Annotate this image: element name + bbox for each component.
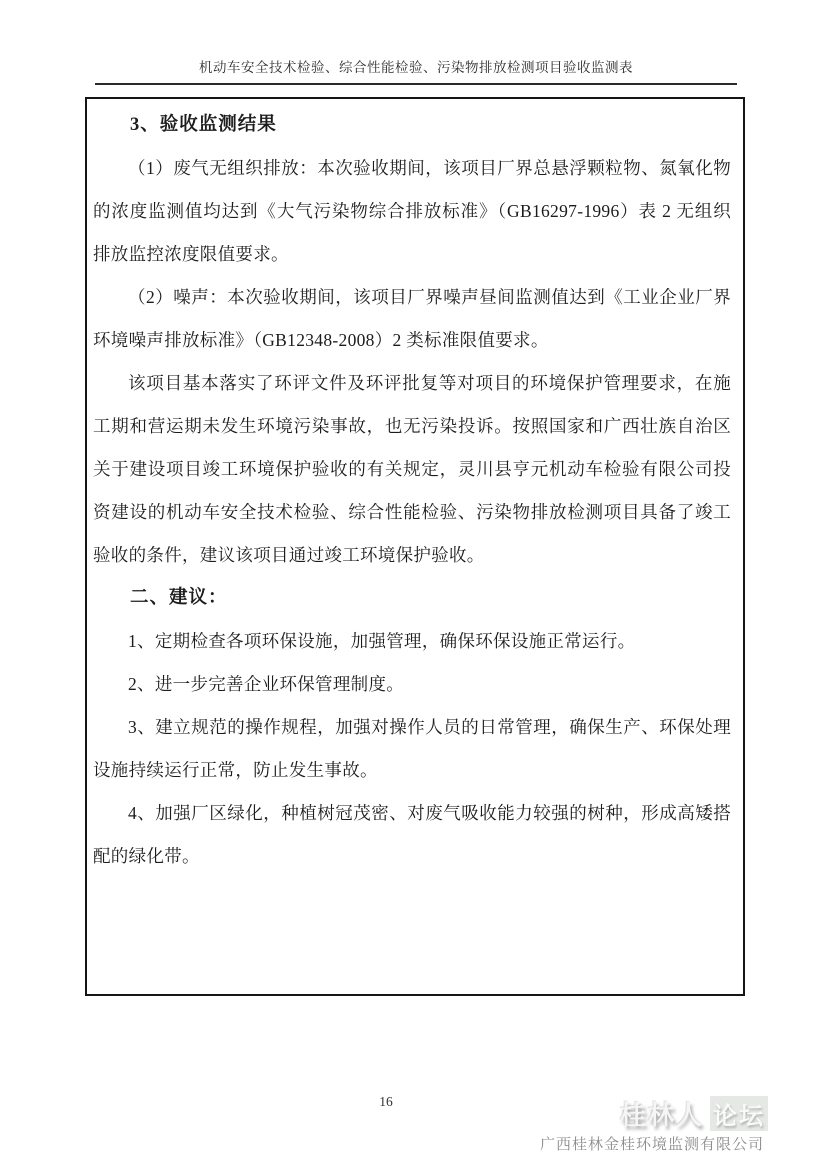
suggestion-item-3: 3、建立规范的操作规程，加强对操作人员的日常管理，确保生产、环保处理设施持续运行… — [93, 706, 731, 792]
page-number: 16 — [0, 1094, 772, 1110]
suggestion-item-1: 1、定期检查各项环保设施，加强管理，确保环保设施正常运行。 — [93, 620, 731, 663]
paragraph-noise: （2）噪声：本次验收期间，该项目厂界噪声昼间监测值达到《工业企业厂界环境噪声排放… — [93, 276, 731, 362]
company-name: 广西桂林金桂环境监测有限公司 — [540, 1133, 764, 1154]
paragraph-conclusion: 该项目基本落实了环评文件及环评批复等对项目的环境保护管理要求，在施工期和营运期未… — [93, 362, 731, 577]
section-heading-suggestions: 二、建议： — [93, 577, 731, 620]
paragraph-waste-gas: （1）废气无组织排放：本次验收期间，该项目厂界总悬浮颗粒物、氮氧化物的浓度监测值… — [93, 147, 731, 276]
document-page: 机动车安全技术检验、综合性能检验、污染物排放检测项目验收监测表 3、验收监测结果… — [0, 0, 827, 1169]
document-header: 机动车安全技术检验、综合性能检验、污染物排放检测项目验收监测表 — [95, 56, 737, 85]
content-box: 3、验收监测结果 （1）废气无组织排放：本次验收期间，该项目厂界总悬浮颗粒物、氮… — [85, 97, 745, 996]
suggestion-item-4: 4、加强厂区绿化，种植树冠茂密、对废气吸收能力较强的树种，形成高矮搭配的绿化带。 — [93, 792, 731, 878]
section-heading-results: 3、验收监测结果 — [93, 104, 731, 147]
suggestion-item-2: 2、进一步完善企业环保管理制度。 — [93, 663, 731, 706]
header-title: 机动车安全技术检验、综合性能检验、污染物排放检测项目验收监测表 — [199, 60, 633, 75]
